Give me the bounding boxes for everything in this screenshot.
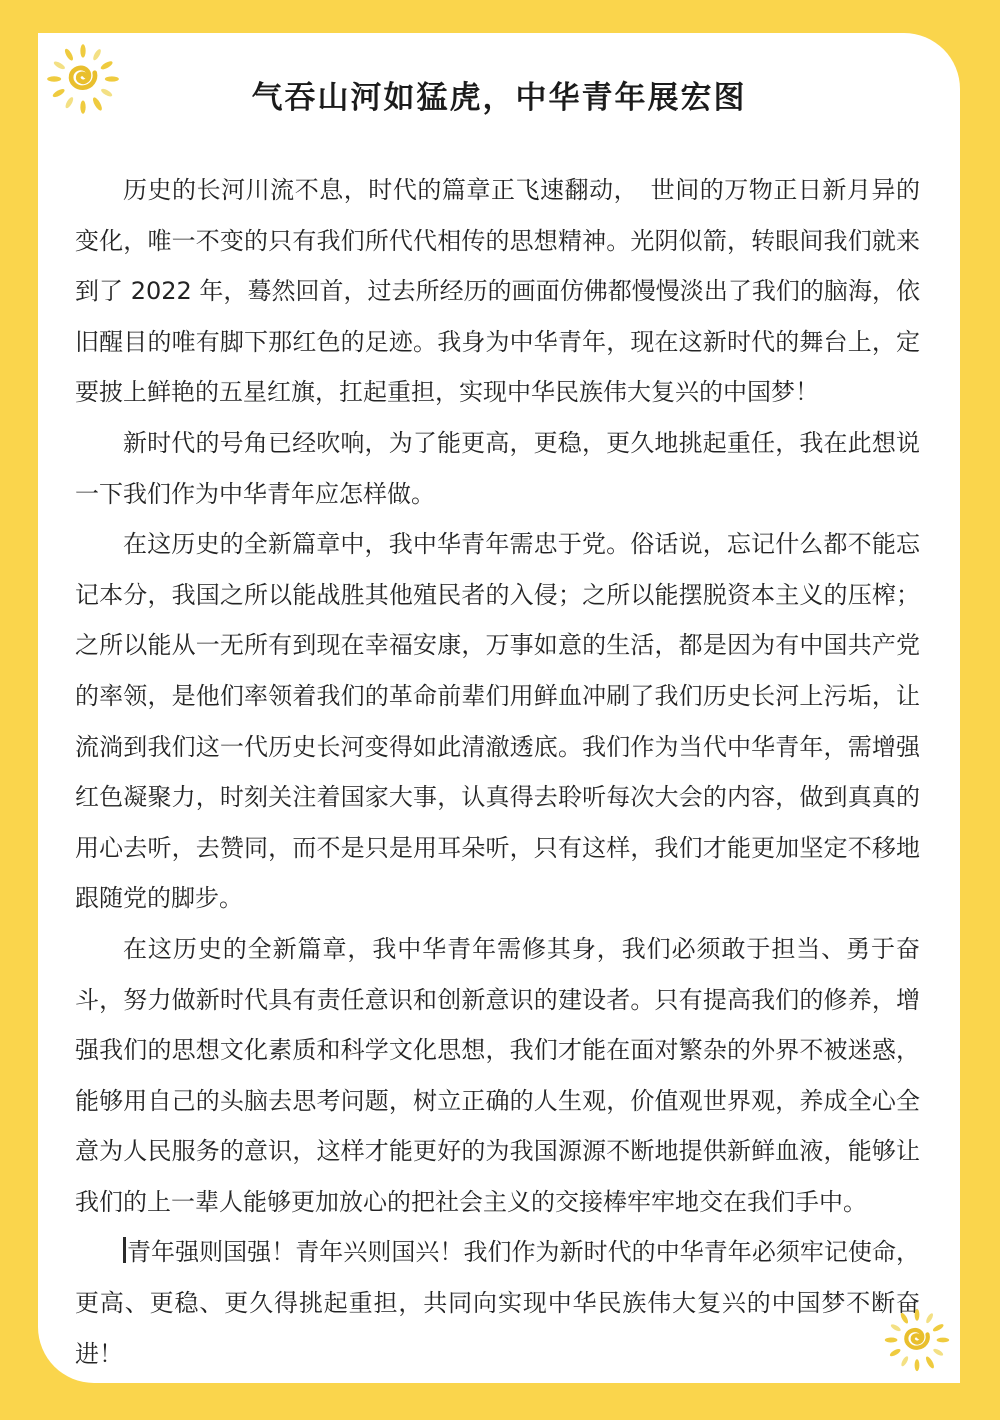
sun-icon — [882, 1305, 952, 1375]
essay-body: 历史的长河川流不息，时代的篇章正飞速翻动， 世间的万物正日新月异的变化，唯一不变… — [75, 165, 920, 1379]
essay-paragraph-2: 新时代的号角已经吹响，为了能更高，更稳，更久地挑起重任，我在此想说一下我们作为中… — [75, 418, 920, 519]
essay-paragraph-5: 青年强则国强！青年兴则国兴！我们作为新时代的中华青年必须牢记使命，更高、更稳、更… — [75, 1227, 920, 1379]
page-background: 气吞山河如猛虎，中华青年展宏图 历史的长河川流不息，时代的篇章正飞速翻动， 世间… — [0, 0, 1000, 1420]
essay-paragraph-1: 历史的长河川流不息，时代的篇章正飞速翻动， 世间的万物正日新月异的变化，唯一不变… — [75, 165, 920, 418]
paragraph-text: 新时代的号角已经吹响，为了能更高，更稳，更久地挑起重任，我在此想说一下我们作为中… — [75, 429, 920, 508]
paragraph-text: 历史的长河川流不息，时代的篇章正飞速翻动， 世间的万物正日新月异的变化，唯一不变… — [75, 176, 920, 406]
paragraph-text: 在这历史的全新篇章，我中华青年需修其身，我们必须敢于担当、勇于奋斗，努力做新时代… — [75, 935, 920, 1216]
essay-paragraph-3: 在这历史的全新篇章中，我中华青年需忠于党。俗话说，忘记什么都不能忘记本分，我国之… — [75, 519, 920, 924]
essay-paragraph-4: 在这历史的全新篇章，我中华青年需修其身，我们必须敢于担当、勇于奋斗，努力做新时代… — [75, 924, 920, 1228]
essay-title: 气吞山河如猛虎，中华青年展宏图 — [98, 78, 900, 118]
paragraph-text: 在这历史的全新篇章中，我中华青年需忠于党。俗话说，忘记什么都不能忘记本分，我国之… — [75, 530, 920, 912]
text-cursor-caret — [123, 1237, 126, 1263]
essay-card: 气吞山河如猛虎，中华青年展宏图 历史的长河川流不息，时代的篇章正飞速翻动， 世间… — [38, 33, 960, 1383]
sun-icon — [44, 40, 122, 118]
paragraph-text: 青年强则国强！青年兴则国兴！我们作为新时代的中华青年必须牢记使命，更高、更稳、更… — [75, 1238, 920, 1367]
